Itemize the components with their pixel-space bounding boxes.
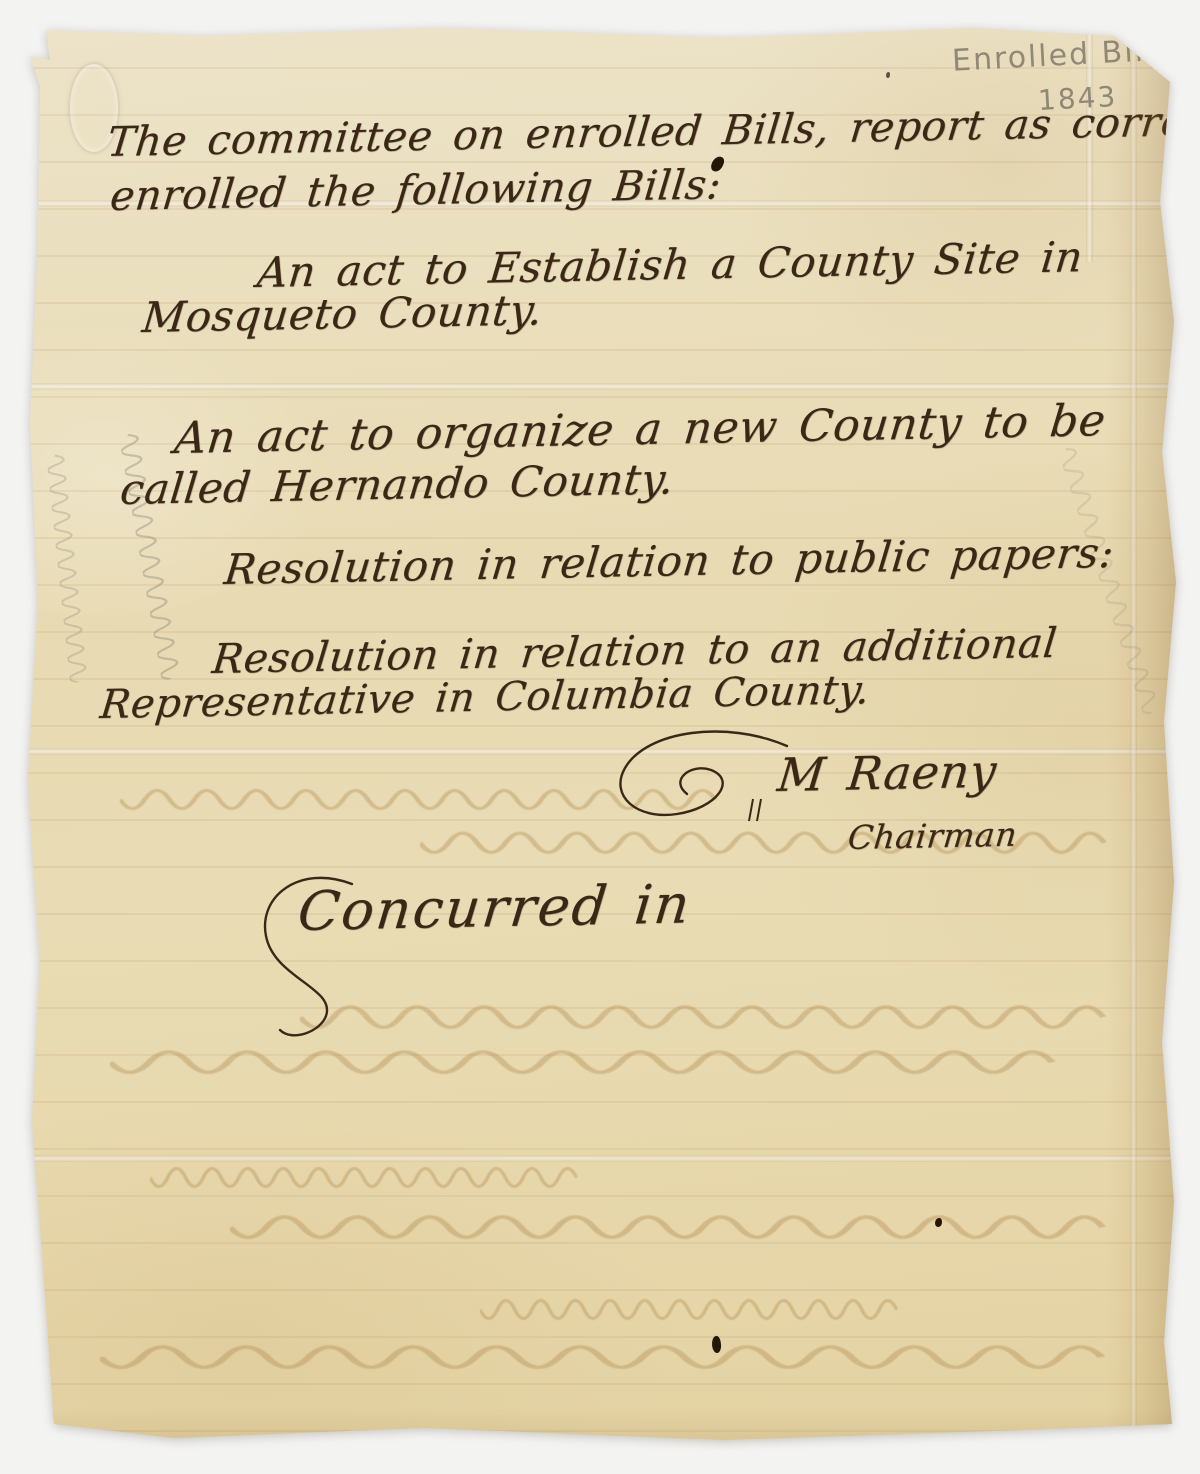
pencil-margin-scribble (46, 452, 94, 683)
fold-crease (24, 748, 1176, 755)
paper-edge-shading (1106, 22, 1176, 1442)
signature-flourish-initial (607, 728, 802, 828)
bleed-through-writing (100, 1335, 1110, 1369)
report-opening-line-2: enrolled the following Bills: (108, 160, 724, 220)
report-opening-line-1: The committee on enrolled Bills, report … (105, 96, 1200, 166)
bill-item-3-line-1: Resolution in relation to public papers: (222, 528, 1117, 594)
bleed-through-writing (110, 1040, 1060, 1074)
document-paper: Enrolled Bills 1843 The committee on enr… (24, 22, 1176, 1442)
bleed-through-writing (120, 780, 720, 810)
bleed-through-writing (150, 1158, 580, 1188)
paper-sheet: Enrolled Bills 1843 The committee on enr… (24, 22, 1176, 1442)
bill-item-1-line-2: Mosqueto County. (140, 285, 545, 342)
endorsement-text: Concurred in (295, 872, 694, 943)
signature-ditto-mark (747, 797, 767, 823)
bleed-through-writing (230, 1205, 1110, 1239)
signature-title: Chairman (846, 815, 1019, 857)
scan-background: Enrolled Bills 1843 The committee on enr… (0, 0, 1200, 1474)
ink-blot (886, 72, 890, 78)
bleed-through-writing (300, 995, 1110, 1029)
bill-item-1-line-1: An act to Establish a County Site in (255, 232, 1085, 297)
paper-edge-shading (24, 1408, 1176, 1442)
fold-crease (24, 383, 1176, 390)
bleed-through-writing (480, 1290, 900, 1320)
bill-item-2-line-2: called Hernando County. (118, 454, 676, 514)
signature-name: M Raeny (775, 744, 999, 802)
bill-item-2-line-1: An act to organize a new County to be (172, 395, 1108, 464)
